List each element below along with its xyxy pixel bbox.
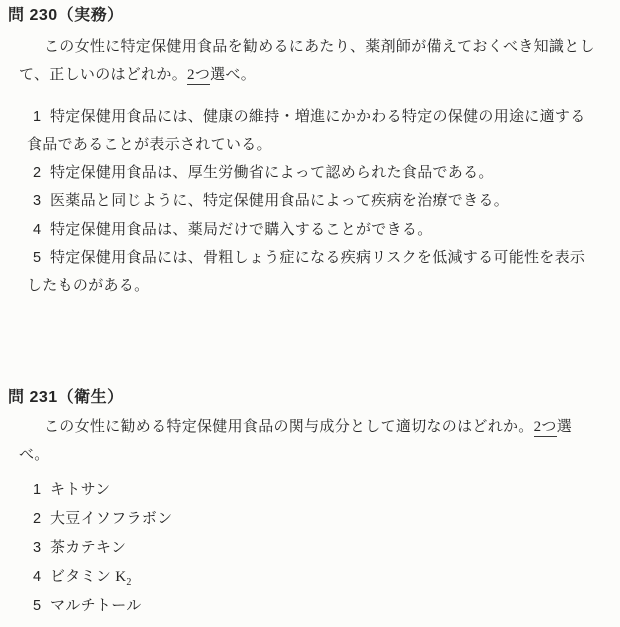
q230-stem-line-1: この女性に特定保健用食品を勧めるにあたり、薬剤師が備えておくべき知識とし — [44, 37, 595, 57]
q230-option-3-text: 医薬品と同じように、特定保健用食品によって疾病を治療できる。 — [50, 193, 509, 209]
q231-option-5-text: マルチトール — [50, 598, 142, 614]
q231-option-2: 2大豆イソフラボン — [33, 509, 172, 529]
q230-option-3-number: 3 — [33, 191, 49, 211]
q230-option-3: 3医薬品と同じように、特定保健用食品によって疾病を治療できる。 — [33, 191, 509, 211]
q230-stem-text-1: この女性に特定保健用食品を勧めるにあたり、薬剤師が備えておくべき知識とし — [44, 39, 595, 55]
q230-option-4-text: 特定保健用食品は、薬局だけで購入することができる。 — [50, 222, 433, 238]
q231-number: 問 231 — [8, 389, 58, 406]
q230-category: （実務） — [58, 7, 124, 24]
q231-option-4: 4ビタミン K2 — [33, 567, 132, 587]
q231-category: （衛生） — [58, 389, 124, 406]
q231-option-3: 3茶カテキン — [33, 538, 126, 558]
q231-option-2-text: 大豆イソフラボン — [50, 511, 172, 527]
q230-number: 問 230 — [8, 7, 58, 24]
q230-option-5-line-1: 5特定保健用食品には、骨粗しょう症になる疾病リスクを低減する可能性を表示 — [33, 248, 585, 268]
q231-option-1: 1キトサン — [33, 480, 110, 500]
q230-option-1-line-2: 食品であることが表示されている。 — [27, 135, 272, 155]
q230-option-4-number: 4 — [33, 220, 49, 240]
q231-option-5: 5マルチトール — [33, 596, 142, 616]
q231-option-5-number: 5 — [33, 596, 49, 616]
q231-option-1-text: キトサン — [50, 482, 110, 498]
q230-option-2-number: 2 — [33, 163, 49, 183]
scanned-exam-page: 問 230（実務） この女性に特定保健用食品を勧めるにあたり、薬剤師が備えておく… — [0, 0, 620, 627]
q231-select-count-underlined: 2つ — [534, 419, 557, 437]
q231-option-3-number: 3 — [33, 538, 49, 558]
q231-option-4-number: 4 — [33, 567, 49, 587]
q231-stem-line-1: この女性に勧める特定保健用食品の関与成分として適切なのはどれか。2つ選 — [44, 417, 572, 437]
q230-stem-line-2: て、正しいのはどれか。2つ選べ。 — [19, 65, 256, 85]
q231-option-3-text: 茶カテキン — [50, 540, 126, 556]
q230-option-1-text-cont: 食品であることが表示されている。 — [27, 137, 272, 153]
q230-option-5-text-cont: したものがある。 — [27, 278, 149, 294]
q231-stem-text-1: この女性に勧める特定保健用食品の関与成分として適切なのはどれか。 — [44, 419, 534, 435]
q230-option-2-text: 特定保健用食品は、厚生労働省によって認められた食品である。 — [50, 165, 494, 181]
q230-option-4: 4特定保健用食品は、薬局だけで購入することができる。 — [33, 220, 433, 240]
q231-header: 問 231（衛生） — [8, 388, 124, 408]
q230-option-1-number: 1 — [33, 107, 49, 127]
q230-option-2: 2特定保健用食品は、厚生労働省によって認められた食品である。 — [33, 163, 494, 183]
q231-stem-text-2: 選 — [557, 419, 572, 435]
q231-option-4-subscript: 2 — [126, 577, 131, 588]
q230-option-5-number: 5 — [33, 248, 49, 268]
q231-stem-line-2: べ。 — [19, 445, 50, 465]
q230-header: 問 230（実務） — [8, 6, 124, 26]
q230-option-5-text: 特定保健用食品には、骨粗しょう症になる疾病リスクを低減する可能性を表示 — [50, 250, 585, 266]
q231-option-2-number: 2 — [33, 509, 49, 529]
q231-stem-text-3: べ。 — [19, 447, 50, 463]
q230-option-5-line-2: したものがある。 — [27, 276, 149, 296]
q230-select-count-underlined: 2つ — [187, 67, 210, 85]
q231-option-1-number: 1 — [33, 480, 49, 500]
q231-option-4-text: ビタミン K — [50, 569, 126, 585]
q230-stem-text-3: 選べ。 — [210, 67, 256, 83]
q230-option-1-line-1: 1特定保健用食品には、健康の維持・増進にかかわる特定の保健の用途に適する — [33, 107, 586, 127]
q230-option-1-text: 特定保健用食品には、健康の維持・増進にかかわる特定の保健の用途に適する — [50, 109, 586, 125]
q230-stem-text-2: て、正しいのはどれか。 — [19, 67, 187, 83]
